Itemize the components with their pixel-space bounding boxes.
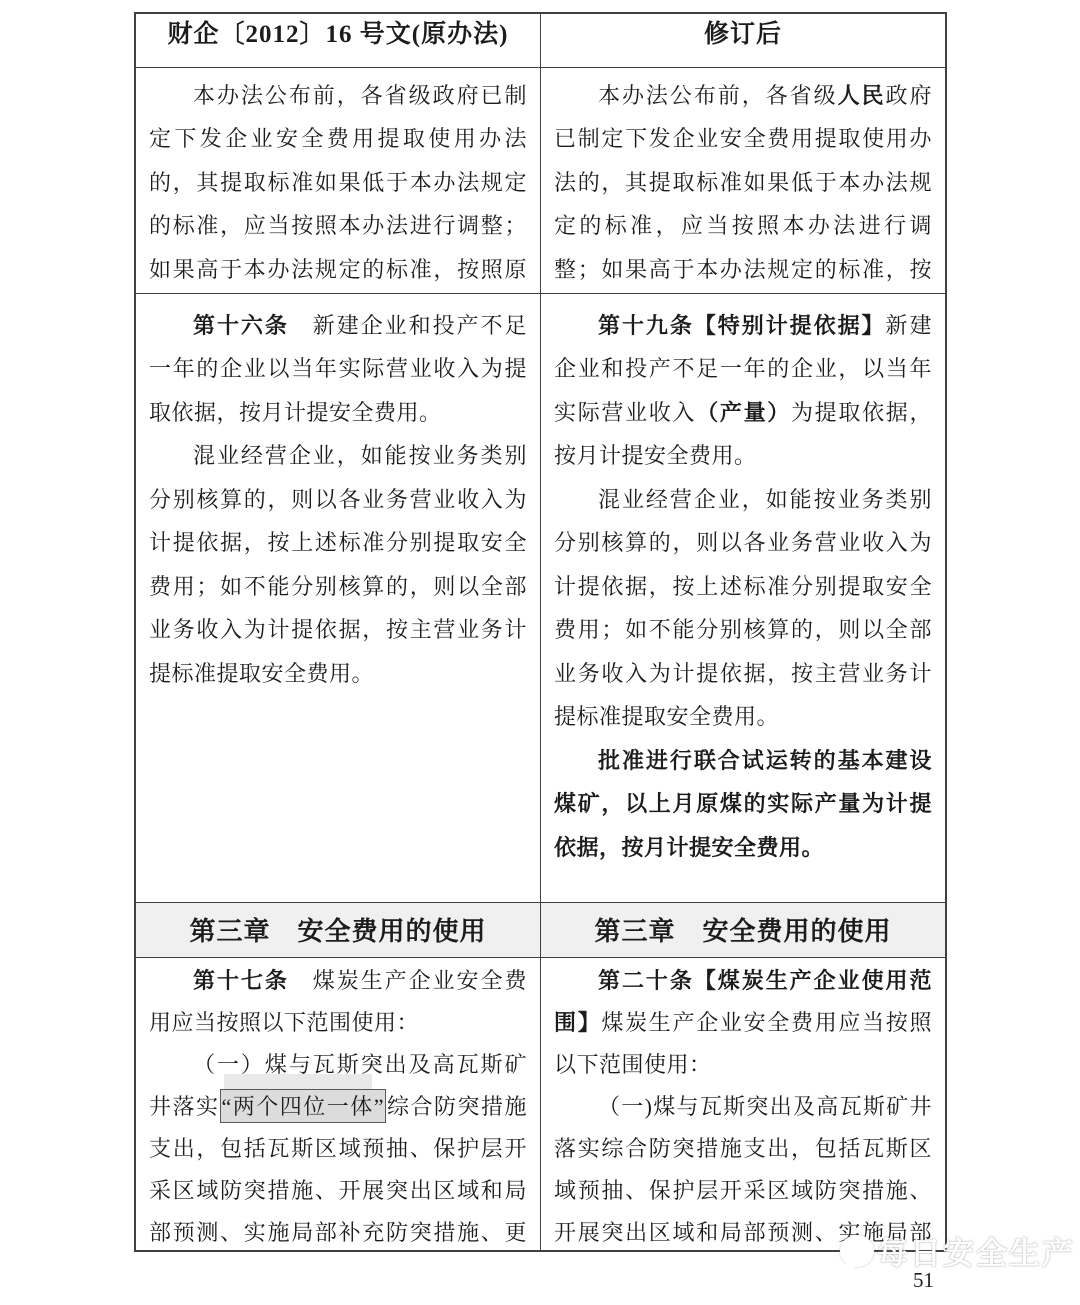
paragraph: 本办法公布前，各省级政府已制定下发企业安全费用提取使用办法的，其提取标准如果低于…	[149, 74, 527, 293]
article-16-cell: 第十六条 新建企业和投产不足一年的企业以当年实际营业收入为提取依据，按月计提安全…	[135, 293, 541, 902]
paragraph-text: 批准进行联合试运转的基本建设煤矿，以上月原煤的实际产量为计提依据，按月计提安全费…	[554, 748, 932, 860]
article-16-label: 第十六条	[193, 313, 289, 338]
paragraph: 混业经营企业，如能按业务类别分别核算的，则以各业务营业收入为计提依据，按上述标准…	[554, 478, 932, 739]
article-19-label: 第十九条【特别计提依据】	[598, 313, 886, 338]
paragraph: （一)煤与瓦斯突出及高瓦斯矿井落实综合防突措施支出，包括瓦斯区域预抽、保护层开采…	[554, 1086, 932, 1250]
article-17-cell: 第十七条 煤炭生产企业安全费用应当按照以下范围使用： （一）煤与瓦斯突出及高瓦斯…	[135, 957, 541, 1251]
paragraph: 混业经营企业，如能按业务类别分别核算的，则以各业务营业收入为计提依据，按上述标准…	[149, 434, 527, 695]
paragraph: 第十七条 煤炭生产企业安全费用应当按照以下范围使用：	[149, 960, 527, 1044]
table-header-row: 财企〔2012〕16 号文(原办法) 修订后	[135, 13, 946, 67]
original-method-header-label: 财企〔2012〕16 号文(原办法)	[168, 21, 509, 48]
bold-run: 人民	[838, 83, 886, 108]
bold-run: （产量）	[696, 400, 791, 425]
paragraph-bold: 批准进行联合试运转的基本建设煤矿，以上月原煤的实际产量为计提依据，按月计提安全费…	[554, 739, 932, 870]
revised-header: 修订后	[541, 13, 947, 67]
paragraph: 第二十条【煤炭生产企业使用范围】煤炭生产企业安全费用应当按照以下范围使用：	[554, 960, 932, 1086]
article-20-cell: 第二十条【煤炭生产企业使用范围】煤炭生产企业安全费用应当按照以下范围使用： （一…	[541, 957, 947, 1251]
row-usage-scope: 第十七条 煤炭生产企业安全费用应当按照以下范围使用： （一）煤与瓦斯突出及高瓦斯…	[135, 957, 946, 1251]
paragraph-text: 本办法公布前，各省级政府已制定下发企业安全费用提取使用办法的，其提取标准如果低于…	[149, 83, 527, 293]
original-method-header: 财企〔2012〕16 号文(原办法)	[135, 13, 541, 67]
row-accrual-basis: 第十六条 新建企业和投产不足一年的企业以当年实际营业收入为提取依据，按月计提安全…	[135, 293, 946, 902]
paragraph-text: 混业经营企业，如能按业务类别分别核算的，则以各业务营业收入为计提依据，按上述标准…	[149, 443, 527, 686]
highlighted-term: “两个四位一体”	[220, 1089, 387, 1123]
chapter-3-heading-right: 第三章 安全费用的使用	[594, 916, 891, 946]
paragraph-text: 混业经营企业，如能按业务类别分别核算的，则以各业务营业收入为计提依据，按上述标准…	[554, 487, 932, 730]
chapter-3-heading-original-cell: 第三章 安全费用的使用	[135, 902, 541, 957]
transition-provision-revised-cell: 本办法公布前，各省级人民政府已制定下发企业安全费用提取使用办法的，其提取标准如果…	[541, 67, 947, 293]
paragraph: 第十九条【特别计提依据】新建企业和投产不足一年的企业，以当年实际营业收入（产量）…	[554, 304, 932, 478]
page-number: 51	[913, 1268, 934, 1293]
paragraph-text: （一)煤与瓦斯突出及高瓦斯矿井落实综合防突措施支出，包括瓦斯区域预抽、保护层开采…	[554, 1094, 932, 1250]
revised-header-label: 修订后	[704, 21, 782, 48]
document-page: 财企〔2012〕16 号文(原办法) 修订后 本办法公布前，各省级政府已制定下发…	[0, 0, 1080, 1305]
paragraph-text: 本办法公布前，各省级	[598, 83, 838, 108]
highlight-wrap: “两个四位一体”	[220, 1094, 387, 1119]
paragraph: 本办法公布前，各省级人民政府已制定下发企业安全费用提取使用办法的，其提取标准如果…	[554, 74, 932, 293]
row-chapter-3-heading: 第三章 安全费用的使用 第三章 安全费用的使用	[135, 902, 946, 957]
chapter-3-heading-revised-cell: 第三章 安全费用的使用	[541, 902, 947, 957]
transition-provision-original-cell: 本办法公布前，各省级政府已制定下发企业安全费用提取使用办法的，其提取标准如果低于…	[135, 67, 541, 293]
paragraph: （一）煤与瓦斯突出及高瓦斯矿井落实“两个四位一体”综合防突措施支出，包括瓦斯区域…	[149, 1044, 527, 1250]
paragraph: 第十六条 新建企业和投产不足一年的企业以当年实际营业收入为提取依据，按月计提安全…	[149, 304, 527, 435]
paragraph-text: 煤炭生产企业安全费用应当按照以下范围使用：	[554, 1010, 932, 1077]
article-17-label: 第十七条	[193, 968, 289, 993]
chapter-3-heading-left: 第三章 安全费用的使用	[189, 916, 486, 946]
row-transition-provision: 本办法公布前，各省级政府已制定下发企业安全费用提取使用办法的，其提取标准如果低于…	[135, 67, 946, 293]
paragraph-text: 政府已制定下发企业安全费用提取使用办法的，其提取标准如果低于本办法规定的标准，应…	[554, 83, 932, 293]
comparison-table: 财企〔2012〕16 号文(原办法) 修订后 本办法公布前，各省级政府已制定下发…	[134, 12, 947, 1252]
article-19-cell: 第十九条【特别计提依据】新建企业和投产不足一年的企业，以当年实际营业收入（产量）…	[541, 293, 947, 902]
